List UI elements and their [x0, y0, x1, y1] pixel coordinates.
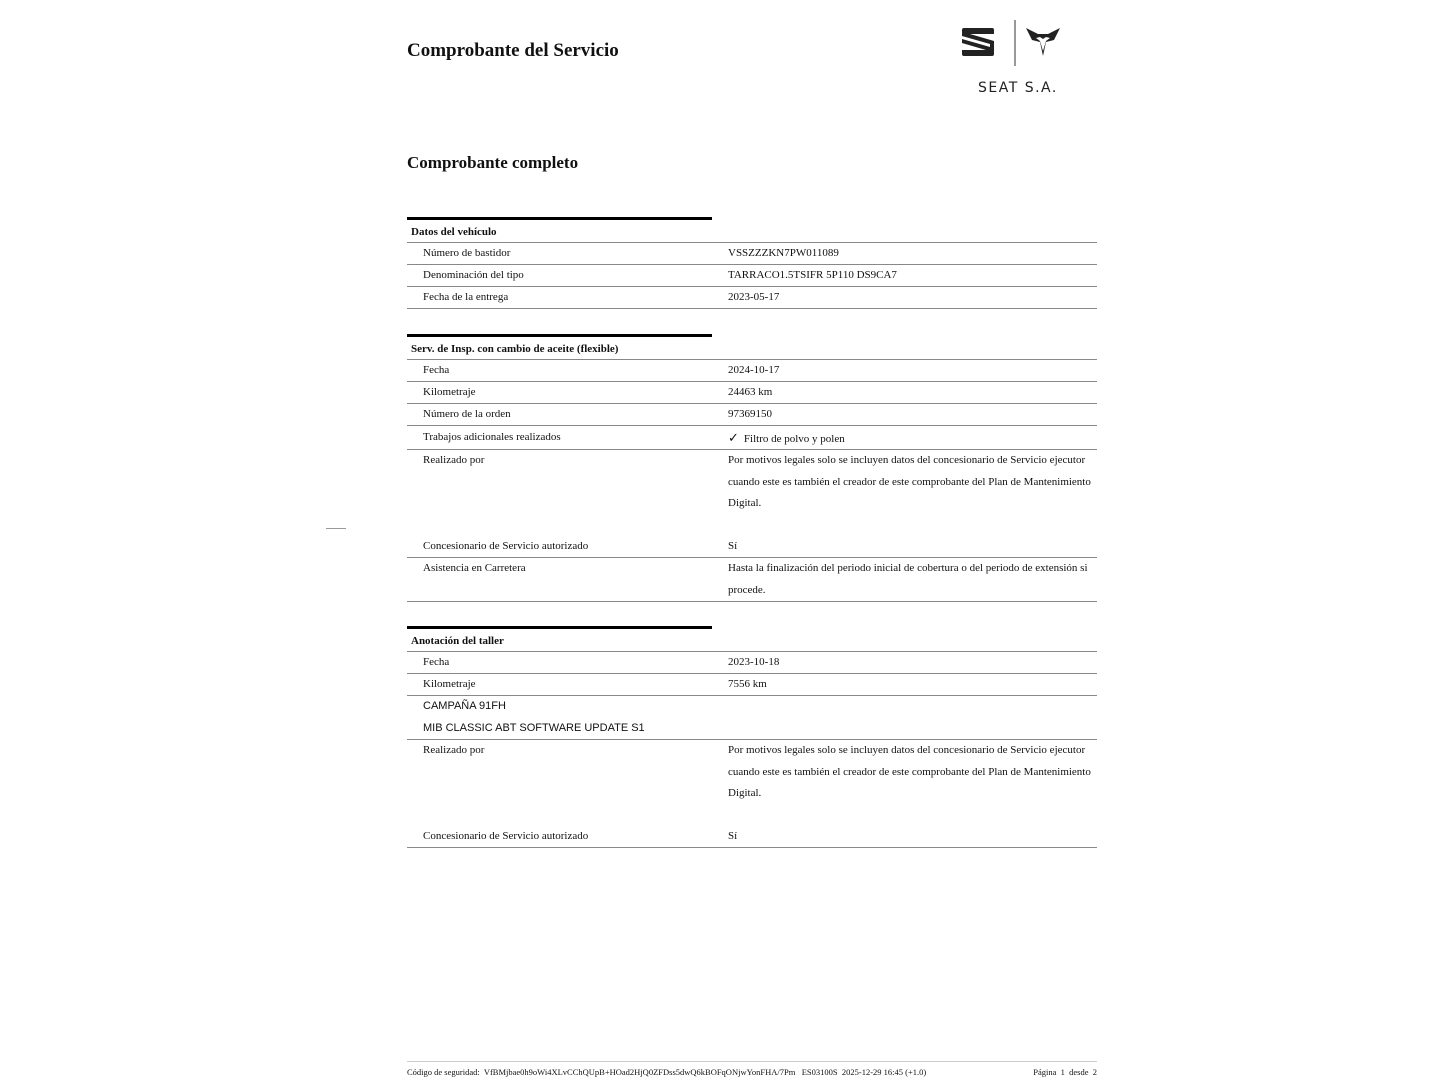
row-value: 2023-10-18: [712, 652, 1097, 673]
cupra-logo-icon: [1026, 28, 1060, 56]
table-row: Número de bastidor VSSZZZKN7PW011089: [407, 243, 1097, 265]
row-label: Kilometraje: [407, 382, 712, 403]
table-row: Realizado por Por motivos legales solo s…: [407, 740, 1097, 826]
page-total: 2: [1093, 1067, 1097, 1077]
note-line: MIB CLASSIC ABT SOFTWARE UPDATE S1: [407, 718, 1097, 740]
row-label: Número de la orden: [407, 404, 712, 425]
row-label: Fecha de la entrega: [407, 287, 712, 308]
row-value: 97369150: [712, 404, 1097, 425]
row-value: Sí: [712, 826, 1097, 847]
section-heading: Datos del vehículo: [407, 220, 1097, 243]
table-row: Número de la orden 97369150: [407, 404, 1097, 426]
table-row: Fecha 2023-10-18: [407, 652, 1097, 674]
table-row: Realizado por Por motivos legales solo s…: [407, 450, 1097, 536]
row-label: Número de bastidor: [407, 243, 712, 264]
row-label: Asistencia en Carretera: [407, 558, 712, 601]
page-label: Página: [1033, 1067, 1056, 1077]
section-heading: Anotación del taller: [407, 629, 1097, 652]
page-number: Página 1 desde 2: [1033, 1067, 1097, 1077]
row-value: Por motivos legales solo se incluyen dat…: [712, 740, 1097, 826]
row-value-text: Filtro de polvo y polen: [744, 433, 845, 445]
doc-code: ES03100S: [802, 1067, 838, 1077]
seat-logo-icon: [962, 28, 994, 56]
document-subtitle: Comprobante completo: [407, 153, 578, 173]
table-row: Fecha 2024-10-17: [407, 360, 1097, 382]
table-row: Trabajos adicionales realizados ✓Filtro …: [407, 426, 1097, 450]
security-code: VfBMjbae0h9oWi4XLvCChQUpB+HOad2HjQ0ZFDss…: [484, 1067, 796, 1077]
security-label: Código de seguridad:: [407, 1067, 480, 1077]
row-value: TARRACO1.5TSIFR 5P110 DS9CA7: [712, 265, 1097, 286]
table-row: Asistencia en Carretera Hasta la finaliz…: [407, 558, 1097, 602]
row-label: Fecha: [407, 652, 712, 673]
table-row: Concesionario de Servicio autorizado Sí: [407, 536, 1097, 558]
table-row: Fecha de la entrega 2023-05-17: [407, 287, 1097, 309]
row-label: Fecha: [407, 360, 712, 381]
section-workshop-annotation: Anotación del taller Fecha 2023-10-18 Ki…: [407, 626, 1097, 848]
row-value: 7556 km: [712, 674, 1097, 695]
company-name: SEAT S.A.: [978, 80, 1058, 96]
section-inspection-service: Serv. de Insp. con cambio de aceite (fle…: [407, 334, 1097, 602]
row-label: Trabajos adicionales realizados: [407, 426, 712, 449]
row-value: Sí: [712, 536, 1097, 557]
page-current: 1: [1061, 1067, 1065, 1077]
row-label: Concesionario de Servicio autorizado: [407, 536, 712, 557]
table-row: Denominación del tipo TARRACO1.5TSIFR 5P…: [407, 265, 1097, 287]
row-value: 2024-10-17: [712, 360, 1097, 381]
table-row: Concesionario de Servicio autorizado Sí: [407, 826, 1097, 848]
footer-left: Código de seguridad: VfBMjbae0h9oWi4XLvC…: [407, 1067, 926, 1077]
row-label: Realizado por: [407, 740, 712, 826]
row-label: Concesionario de Servicio autorizado: [407, 826, 712, 847]
timestamp: 2025-12-29 16:45 (+1.0): [842, 1067, 926, 1077]
note-line: CAMPAÑA 91FH: [407, 696, 1097, 718]
row-label: Kilometraje: [407, 674, 712, 695]
document-page: Comprobante del Servicio SEAT S.A. Compr…: [407, 0, 1097, 1080]
section-heading: Serv. de Insp. con cambio de aceite (fle…: [407, 337, 1097, 360]
workshop-notes: CAMPAÑA 91FH MIB CLASSIC ABT SOFTWARE UP…: [407, 696, 1097, 740]
row-label: Denominación del tipo: [407, 265, 712, 286]
page-of: desde: [1069, 1067, 1088, 1077]
row-value: VSSZZZKN7PW011089: [712, 243, 1097, 264]
document-title: Comprobante del Servicio: [407, 40, 619, 62]
row-value: ✓Filtro de polvo y polen: [712, 426, 1097, 449]
table-row: Kilometraje 24463 km: [407, 382, 1097, 404]
row-label: Realizado por: [407, 450, 712, 536]
row-value: 2023-05-17: [712, 287, 1097, 308]
page-footer: Código de seguridad: VfBMjbae0h9oWi4XLvC…: [407, 1061, 1097, 1077]
row-value: 24463 km: [712, 382, 1097, 403]
section-vehicle-data: Datos del vehículo Número de bastidor VS…: [407, 217, 1097, 309]
row-value: Hasta la finalización del periodo inicia…: [712, 558, 1097, 601]
margin-mark: [326, 528, 346, 529]
checkmark-icon: ✓: [728, 426, 739, 449]
table-row: Kilometraje 7556 km: [407, 674, 1097, 696]
row-value: Por motivos legales solo se incluyen dat…: [712, 450, 1097, 536]
